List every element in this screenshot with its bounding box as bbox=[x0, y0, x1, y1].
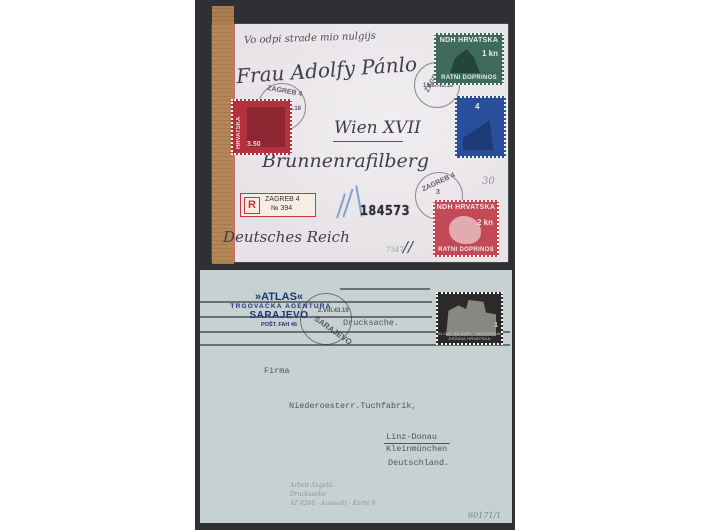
registration-number: № 394 bbox=[271, 205, 292, 212]
printed-matter-mark: Drucksache. bbox=[343, 318, 399, 328]
lot-note: 60171/1 bbox=[468, 511, 501, 520]
address-line2: Niederoesterr.Tuchfabrik, bbox=[289, 401, 417, 411]
address-line3: Linz-Donau bbox=[386, 432, 437, 442]
pencil-note: AT 0246 - Auswahl - Karte 9 bbox=[290, 500, 375, 507]
pencil-note: 30 bbox=[482, 176, 495, 187]
stamp-red-vertical: HRVATSKA 3.50 bbox=[231, 99, 292, 155]
machine-cancel-line bbox=[340, 288, 430, 290]
pencil-note: Drucksache bbox=[290, 491, 326, 498]
slash-mark: // bbox=[403, 238, 413, 256]
registration-office: ZAGREB 4 bbox=[265, 196, 300, 203]
sender-box: POŠT. FAH 46 bbox=[254, 322, 304, 328]
address-line1: Firma bbox=[264, 366, 290, 376]
pencil-note: Arbeit Angebl. bbox=[290, 482, 334, 489]
censor-number: 184573 bbox=[360, 204, 410, 219]
recipient-city: Wien XVII bbox=[334, 118, 421, 138]
stamp-green-castle: NDH HRVATSKA 1 kn RATNI DOPRINOS bbox=[434, 33, 504, 85]
stamp-blue-ship: 4 bbox=[455, 96, 506, 158]
address-line4: Kleinmünchen bbox=[386, 444, 447, 454]
green-note: 7347 bbox=[386, 246, 404, 254]
recipient-country: Deutsches Reich bbox=[223, 228, 350, 246]
registration-label: R ZAGREB 4 № 394 bbox=[240, 193, 316, 217]
stamp-black-castle: 1 KLJUČ NA KUPI · NEZAVISNA DRŽAVA HRVAT… bbox=[436, 292, 503, 345]
sender-name: »ATLAS« bbox=[244, 291, 314, 303]
address-line5: Deutschland. bbox=[388, 458, 449, 468]
underline bbox=[333, 141, 403, 142]
stamp-red-head: NDH HRVATSKA 2 kn RATNI DOPRINOS bbox=[433, 200, 499, 257]
registration-letter: R bbox=[244, 197, 260, 214]
